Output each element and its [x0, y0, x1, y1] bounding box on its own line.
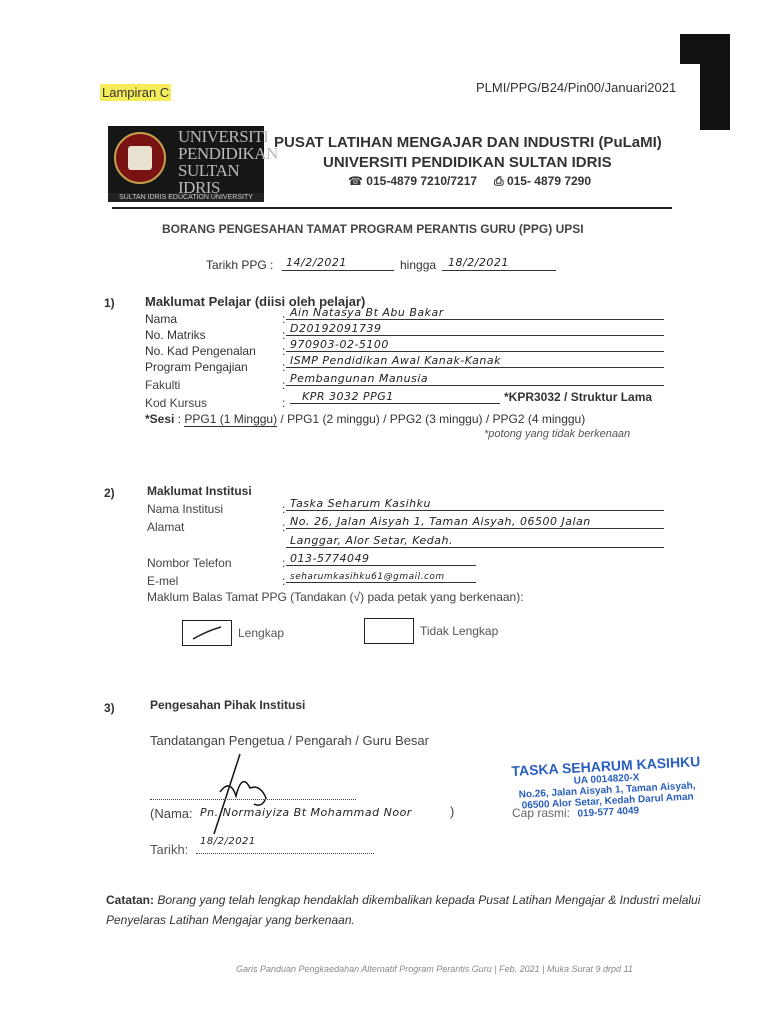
check-mark-icon [183, 621, 231, 645]
institution-name-field[interactable]: Taska Seharum Kasihku [286, 496, 664, 511]
official-stamp: TASKA SEHARUM KASIHKU UA 0014820-X No.26… [511, 753, 704, 823]
header-divider [112, 207, 672, 209]
university-name: UNIVERSITI PENDIDIKAN SULTAN IDRIS [323, 154, 612, 171]
signature-date-label: Tarikh: [150, 842, 188, 857]
name-label: Nama [145, 312, 177, 326]
note-label: Catatan: [106, 893, 154, 907]
date-from-field[interactable]: 14/2/2021 [282, 254, 394, 271]
faculty-field[interactable]: Pembangunan Manusia [286, 371, 664, 386]
logo-wordmark: UNIVERSITI PENDIDIKAN SULTAN IDRIS [178, 128, 278, 196]
institution-name: PUSAT LATIHAN MENGAJAR DAN INDUSTRI (PuL… [274, 134, 662, 151]
incomplete-checkbox[interactable] [364, 618, 414, 644]
institution-name-label: Nama Institusi [147, 502, 223, 516]
university-seal-icon [114, 132, 166, 184]
session-line: *Sesi : PPG1 (1 Minggu) / PPG1 (2 minggu… [145, 412, 585, 426]
ic-field[interactable]: 970903-02-5100 [286, 337, 664, 352]
signature-date-line[interactable] [196, 852, 374, 854]
session-label: *Sesi [145, 412, 174, 426]
note-text: Borang yang telah lengkap hendaklah dike… [106, 893, 700, 927]
attachment-label: Lampiran C [100, 84, 171, 101]
incomplete-label: Tidak Lengkap [420, 624, 498, 638]
scan-corner-artifact [700, 34, 730, 130]
section1-number: 1) [104, 296, 115, 310]
signatory-name-label: (Nama: [150, 806, 193, 821]
signature-line[interactable] [150, 798, 356, 800]
session-selected[interactable]: PPG1 (1 Minggu) [184, 412, 277, 427]
ic-label: No. Kad Pengenalan [145, 344, 256, 358]
address-label: Alamat [147, 520, 184, 534]
university-logo: UNIVERSITI PENDIDIKAN SULTAN IDRIS SULTA… [108, 126, 264, 202]
address-line2-field[interactable]: Langgar, Alor Setar, Kedah. [286, 533, 664, 548]
program-field[interactable]: ISMP Pendidikan Awal Kanak-Kanak [286, 353, 664, 368]
course-code-field[interactable]: KPR 3032 PPG1 [290, 389, 500, 404]
matric-field[interactable]: D20192091739 [286, 321, 664, 336]
signature-date-value: 18/2/2021 [200, 836, 256, 847]
address-line1-field[interactable]: No. 26, Jalan Aisyah 1, Taman Aisyah, 06… [286, 514, 664, 529]
email-field[interactable]: seharumkasihku61@gmail.com [286, 568, 476, 583]
fax-number: ⎙ 015- 4879 7290 [494, 174, 591, 189]
phone-number: ☎ 015-4879 7210/7217 [348, 174, 477, 188]
phone-icon: ☎ [348, 174, 363, 188]
until-label: hingga [400, 258, 436, 272]
program-label: Program Pengajian [145, 360, 248, 374]
strike-note: *potong yang tidak berkenaan [484, 428, 630, 440]
student-name-field[interactable]: Ain Natasya Bt Abu Bakar [286, 305, 664, 320]
faculty-label: Fakulti [145, 378, 180, 392]
completion-prompt: Maklum Balas Tamat PPG (Tandakan (√) pad… [147, 590, 524, 604]
form-title: BORANG PENGESAHAN TAMAT PROGRAM PERANTIS… [162, 222, 584, 236]
signature-icon [200, 748, 290, 838]
note: Catatan: Borang yang telah lengkap henda… [106, 890, 706, 930]
signature-label: Tandatangan Pengetua / Pengarah / Guru B… [150, 733, 429, 748]
reference-code: PLMI/PPG/B24/Pin00/Januari2021 [476, 80, 676, 95]
fax-icon: ⎙ [494, 174, 504, 188]
section3-number: 3) [104, 701, 115, 715]
section2-number: 2) [104, 486, 115, 500]
signatory-name-close: ) [450, 804, 454, 819]
session-other-options: / PPG1 (2 minggu) / PPG2 (3 minggu) / PP… [277, 412, 585, 426]
complete-checkbox[interactable] [182, 620, 232, 646]
date-to-field[interactable]: 18/2/2021 [442, 254, 556, 271]
signatory-name-value[interactable]: Pn. Normaiyiza Bt Mohammad Noor [200, 806, 412, 819]
course-code-label: Kod Kursus [145, 396, 207, 410]
phone-field[interactable]: 013-5774049 [286, 551, 476, 566]
date-label: Tarikh PPG : [206, 258, 273, 272]
email-label: E-mel [147, 574, 178, 588]
page-footer: Garis Panduan Pengkaedahan Alternatif Pr… [236, 964, 633, 974]
section3-title: Pengesahan Pihak Institusi [150, 698, 305, 712]
complete-label: Lengkap [238, 626, 284, 640]
phone-label: Nombor Telefon [147, 556, 232, 570]
matric-label: No. Matriks [145, 328, 206, 342]
scan-corner-artifact-tab [680, 34, 700, 64]
section2-title: Maklumat Institusi [147, 484, 252, 498]
course-code-note: *KPR3032 / Struktur Lama [504, 390, 652, 404]
logo-tagline: SULTAN IDRIS EDUCATION UNIVERSITY [108, 193, 264, 202]
